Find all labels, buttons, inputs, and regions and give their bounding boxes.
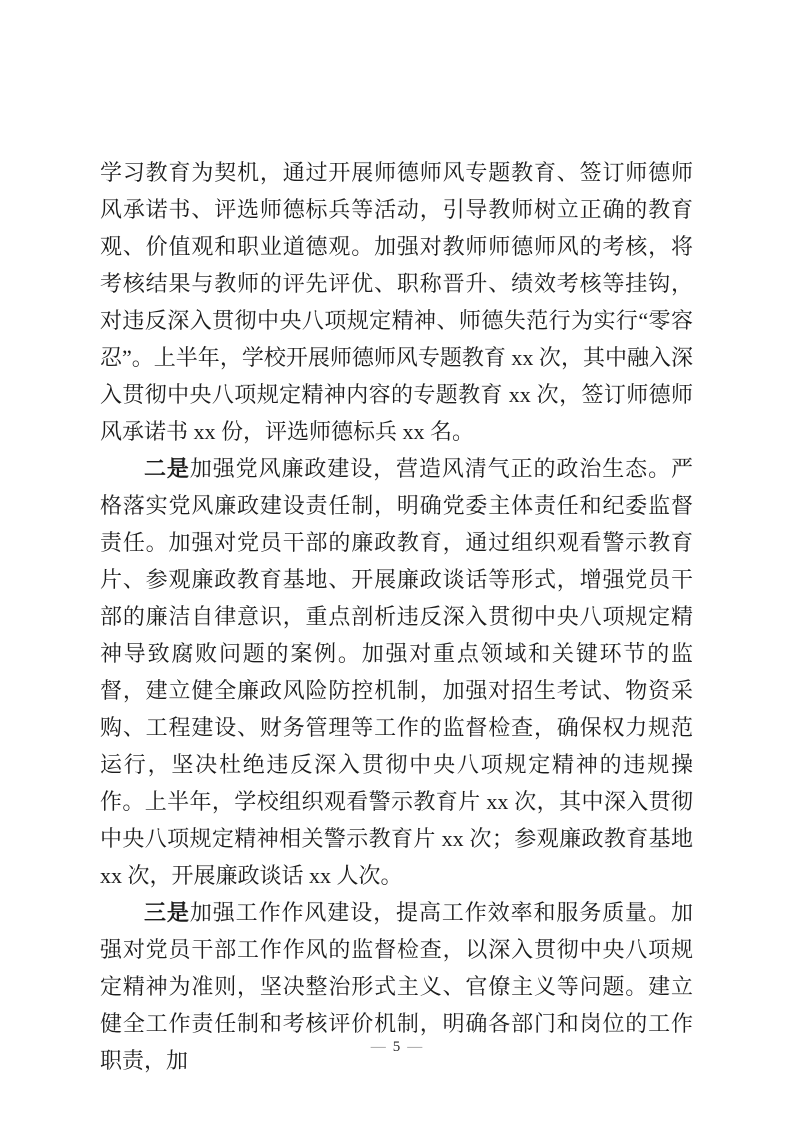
page-number: 5 — [393, 1039, 401, 1055]
document-page: 学习教育为契机，通过开展师德师风专题教育、签订师德师风承诺书、评选师德标兵等活动… — [0, 0, 793, 1122]
paragraph: 二是加强党风廉政建设，营造风清气正的政治生态。严格落实党风廉政建设责任制，明确党… — [100, 450, 693, 894]
page-footer: —5— — [0, 1036, 793, 1058]
footer-dash-left: — — [371, 1039, 386, 1055]
paragraph-text: 加强党风廉政建设，营造风清气正的政治生态。严格落实党风廉政建设责任制，明确党委主… — [100, 456, 693, 888]
document-body: 学习教育为契机，通过开展师德师风专题教育、签订师德师风承诺书、评选师德标兵等活动… — [100, 154, 693, 1079]
footer-dash-right: — — [407, 1039, 422, 1055]
paragraph-text: 学习教育为契机，通过开展师德师风专题教育、签订师德师风承诺书、评选师德标兵等活动… — [100, 160, 693, 444]
paragraph-lead: 三是 — [144, 900, 190, 925]
paragraph-lead: 二是 — [144, 456, 190, 481]
paragraph: 学习教育为契机，通过开展师德师风专题教育、签订师德师风承诺书、评选师德标兵等活动… — [100, 154, 693, 450]
